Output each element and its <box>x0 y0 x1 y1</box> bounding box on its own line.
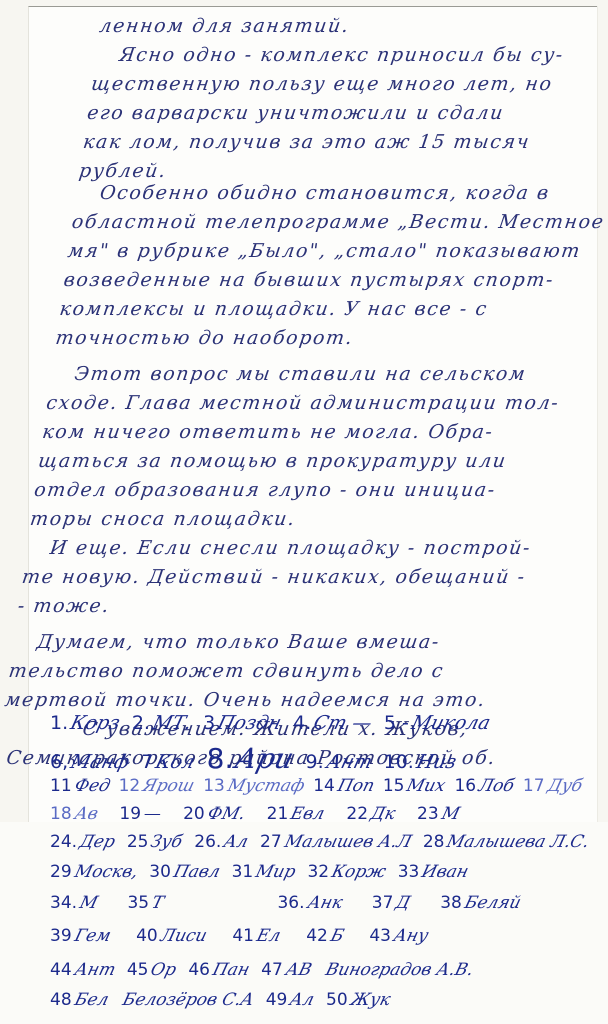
letter-line: ленном для занятий. <box>97 12 608 41</box>
signature-mark: Дер <box>78 832 118 852</box>
signature: 42Б <box>306 926 343 946</box>
letter-line: Особенно обидно становится, когда в <box>74 179 608 208</box>
signature: 7Кол <box>141 751 194 773</box>
letter-line: мертвой точки. Очень надеемся на это. <box>3 686 547 715</box>
signature: 9.Ант <box>306 751 372 773</box>
signature-number: 23 <box>417 804 439 822</box>
signature-number: 13 <box>203 776 225 796</box>
signature: 1.Корз <box>50 712 120 734</box>
signature: 38Беляй <box>440 893 520 913</box>
signature-mark: Ел <box>254 926 282 946</box>
signature-number: 48 <box>50 990 72 1010</box>
signature-row: 39Гем 40Лиси 41Ел 42Б 43Ану <box>50 926 598 946</box>
signature-number: 45 <box>127 960 149 980</box>
signature: 8.Ари <box>207 742 294 775</box>
letter-line: областной телепрограмме „Вести. Местное … <box>70 208 608 237</box>
signature: 50Жук <box>326 990 390 1010</box>
signature: 26.Ал <box>194 832 248 852</box>
signature-number: 38 <box>440 893 462 913</box>
signature-mark: ФМ. <box>205 804 247 822</box>
signature: 16Лоб <box>454 776 513 796</box>
signature: 48Бел <box>50 990 108 1010</box>
letter-line: ком ничего ответить не могла. Обра- <box>40 418 584 447</box>
signature-number: 43 <box>369 926 391 946</box>
letter-line: щественную пользу еще много лет, но <box>89 70 608 99</box>
signature-number: 24. <box>50 832 77 852</box>
signature-number: 40 <box>136 926 158 946</box>
signature-row: 18Ав 19— 20ФМ. 21Евл 22Дк 23М <box>50 804 598 822</box>
signature-number: 11 <box>50 776 72 796</box>
signature: 46Пан <box>188 960 249 980</box>
signature-mark: Корз <box>68 712 122 734</box>
signature: 45Ор <box>127 960 176 980</box>
letter-line: Думаем, что только Ваше вмеша- <box>11 628 555 657</box>
signature-mark: Дк <box>369 804 398 822</box>
signature-row: 29Москв, 30Павл 31Мир 32Корж 33Иван <box>50 862 598 882</box>
signature: 37Д <box>372 893 410 913</box>
letter-line: отдел образования глупо - они инициа- <box>32 476 576 505</box>
signature-number: 12 <box>119 776 141 796</box>
signature-number: 21 <box>267 804 289 822</box>
signature-number: 41 <box>232 926 254 946</box>
signature-number: 5 - <box>384 712 409 734</box>
signature-number: 17 <box>523 776 545 796</box>
letter-line: Этот вопрос мы ставили на сельском <box>48 360 592 389</box>
signature: 6,Манф <box>50 751 129 773</box>
signature-number: 32 <box>307 862 329 882</box>
signature: 5 -Микола <box>384 712 490 734</box>
signature-mark: Малышева Л.С. <box>445 832 592 852</box>
signature-mark: Мих <box>405 776 448 796</box>
signature: 35Т <box>127 893 247 913</box>
signature: 13Мустаф <box>203 776 304 796</box>
signature-mark: Гем <box>72 926 112 946</box>
signature-number: 9. <box>306 751 324 773</box>
signature: 49Ал <box>266 990 314 1010</box>
signature-mark: Лоб <box>477 776 517 796</box>
signature-row: 11Фед 12Ярош 13Мустаф 14Поп 15Мих 16Лоб … <box>50 776 598 796</box>
signature: 32Корж <box>307 862 385 882</box>
signature: 33Иван <box>398 862 469 882</box>
signature: 27Малышев А.Л <box>260 832 411 852</box>
signature-number: 28 <box>423 832 445 852</box>
signature: 43Ану <box>369 926 428 946</box>
letter-line: И еще. Если снесли площадку - построй- <box>24 534 568 563</box>
signature-number: 4. <box>293 712 311 734</box>
signature: 23М <box>417 804 459 822</box>
signature-mark: Лиси <box>158 926 209 946</box>
signature-number: 18 <box>50 804 72 822</box>
signature: 34.М <box>50 893 97 913</box>
signature-number: 37 <box>372 893 394 913</box>
signature-mark: Евл <box>289 804 327 822</box>
signature-number: 14 <box>313 776 335 796</box>
signature: Белозёров С.А <box>120 990 254 1010</box>
signature-mark: МТ. <box>150 712 194 734</box>
signature: 41Ел <box>232 926 280 946</box>
signature-mark: Ант <box>72 960 117 980</box>
signature-mark: Павл <box>171 862 222 882</box>
letter-body: ленном для занятий. Ясно одно - комплекс… <box>0 12 608 773</box>
letter-line: тельство поможет сдвинуть дело с <box>7 657 551 686</box>
signature-number: 47 <box>261 960 283 980</box>
letter-line: торы сноса площадки. <box>28 505 572 534</box>
signature-number: 16 <box>454 776 476 796</box>
signature-number: 27 <box>260 832 282 852</box>
signature-number: 42 <box>306 926 328 946</box>
signature-mark: Дуб <box>545 776 584 796</box>
signature: 12Ярош <box>119 776 195 796</box>
signature-mark: Ав <box>72 804 100 822</box>
signature-number: 25 <box>127 832 149 852</box>
signature: 19— <box>119 804 161 822</box>
signature: 17Дуб <box>523 776 582 796</box>
signature-number: 19 <box>119 804 141 822</box>
signature-mark: Б <box>328 926 345 946</box>
signature-mark: М <box>439 804 461 822</box>
signature-mark: Поп <box>335 776 376 796</box>
signature-number: 36. <box>277 893 304 913</box>
signature: 3Поздн <box>203 712 281 734</box>
letter-line: те новую. Действий - никаких, обещаний - <box>20 563 564 592</box>
signature-mark: Ари <box>232 742 297 775</box>
letter-line: сходе. Глава местной администрации тол- <box>44 389 588 418</box>
signature-mark: — <box>142 804 164 822</box>
signature: 40Лиси <box>136 926 206 946</box>
signature: 21Евл <box>267 804 325 822</box>
signature-number: 6, <box>50 751 68 773</box>
signature-number: 20 <box>183 804 205 822</box>
signature-mark: Жук <box>348 990 392 1010</box>
signature: 39Гем <box>50 926 110 946</box>
signature: 29Москв, <box>50 862 137 882</box>
signature-number: 15 <box>383 776 405 796</box>
signature: 18Ав <box>50 804 97 822</box>
signature-number: 49 <box>266 990 288 1010</box>
signature: 36.Анк <box>277 893 341 913</box>
signature-number: 50 <box>326 990 348 1010</box>
signature-row: 6,Манф 7Кол 8.Ари 9.Ант 10.Низ <box>50 742 598 775</box>
signature-number: 26. <box>194 832 221 852</box>
signature: 24.Дер <box>50 832 115 852</box>
signature-number: 2. <box>132 712 150 734</box>
signature-mark: Мустаф <box>225 776 306 796</box>
signature-mark: Бел <box>72 990 110 1010</box>
signature-number: 33 <box>398 862 420 882</box>
signature-mark: Кол <box>154 751 198 773</box>
signature-mark: Т <box>150 893 166 913</box>
signature-number: 1. <box>50 712 68 734</box>
signature-mark: Фед <box>72 776 112 796</box>
signature-mark: Ор <box>149 960 179 980</box>
signature: 2.МТ. <box>132 712 191 734</box>
signature-number: 10. <box>384 751 414 773</box>
signature-mark: Ану <box>391 926 430 946</box>
signature-mark: М <box>78 893 100 913</box>
letter-line: рублей. <box>78 157 608 179</box>
signature-row: 34.М 35Т 36.Анк 37Д 38Беляй <box>50 893 598 913</box>
signature-row: 1.Корз 2.МТ. 3Поздн 4.Ст — 5 -Микола <box>50 712 598 734</box>
signature: 11Фед <box>50 776 110 796</box>
letter-line: комплексы и площадки. У нас все - с <box>58 295 602 324</box>
signature-mark: Ал <box>288 990 317 1010</box>
signature: 31Мир <box>232 862 296 882</box>
letter-line: щаться за помощью в прокуратуру или <box>36 447 580 476</box>
signature-mark: Анк <box>305 893 344 913</box>
signature-mark: Низ <box>414 751 459 773</box>
signature-number: 34. <box>50 893 77 913</box>
signature: Виноградов А.В. <box>323 960 473 980</box>
signature: 14Поп <box>313 776 374 796</box>
signature-row: 24.Дер 25Зуб 26.Ал 27Малышев А.Л 28Малыш… <box>50 832 598 852</box>
letter-line: возведенные на бывших пустырях спорт- <box>62 266 606 295</box>
signature-mark: Беляй <box>462 893 523 913</box>
signature: 44Ант <box>50 960 115 980</box>
signature-number: 8. <box>207 742 234 775</box>
signature: 22Дк <box>346 804 395 822</box>
signature-number: 46 <box>188 960 210 980</box>
signature-number: 30 <box>149 862 171 882</box>
signature-mark: Виноградов А.В. <box>324 960 476 980</box>
signature: 25Зуб <box>127 832 182 852</box>
signature-number: 29 <box>50 862 72 882</box>
letter-line: Ясно одно - комплекс приносил бы су- <box>93 41 608 70</box>
signature-mark: Д <box>394 893 413 913</box>
signature-row: 48Бел Белозёров С.А 49Ал 50Жук <box>50 990 598 1010</box>
signature-mark: АВ <box>283 960 313 980</box>
signature-mark: Зуб <box>149 832 185 852</box>
signature-mark: Ст — <box>312 712 375 734</box>
signature: 47АВ <box>261 960 311 980</box>
signature-number: 31 <box>232 862 254 882</box>
signature: 15Мих <box>383 776 446 796</box>
signature-mark: Москв, <box>72 862 140 882</box>
signature-mark: Ал <box>222 832 251 852</box>
signature: 4.Ст — <box>293 712 372 734</box>
signature-row: 44Ант 45Ор 46Пан 47АВ Виноградов А.В. <box>50 960 598 980</box>
signature-mark: Корж <box>330 862 389 882</box>
signature-mark: Ярош <box>141 776 197 796</box>
letter-line: как лом, получив за это аж 15 тысяч <box>81 128 608 157</box>
signature: 30Павл <box>149 862 219 882</box>
signature-mark: Мир <box>254 862 298 882</box>
signature-mark: Малышев А.Л <box>282 832 413 852</box>
letter-line: мя" в рубрике „Было", „стало" показывают <box>66 237 608 266</box>
signature-number: 7 <box>141 751 153 773</box>
signature-number: 3 <box>203 712 215 734</box>
signature: 10.Низ <box>384 751 456 773</box>
signature-number: 22 <box>346 804 368 822</box>
signature-mark: Ант <box>324 751 374 773</box>
signature-mark: Иван <box>420 862 471 882</box>
signature: 28Малышева Л.С. <box>423 832 589 852</box>
letter-line: - тоже. <box>15 592 560 628</box>
signature: 20ФМ. <box>183 804 245 822</box>
signature-mark: Поздн <box>215 712 283 734</box>
signature-number: 44 <box>50 960 72 980</box>
signature-mark: Пан <box>210 960 251 980</box>
signature-mark: Микола <box>409 712 492 734</box>
signature-number: 35 <box>127 893 149 913</box>
letter-line: точностью до наоборот. <box>53 324 598 360</box>
signature-mark: Манф <box>68 751 132 773</box>
signature-number: 39 <box>50 926 72 946</box>
letter-line: его варварски уничтожили и сдали <box>85 99 608 128</box>
signature-mark: Белозёров С.А <box>121 990 257 1010</box>
